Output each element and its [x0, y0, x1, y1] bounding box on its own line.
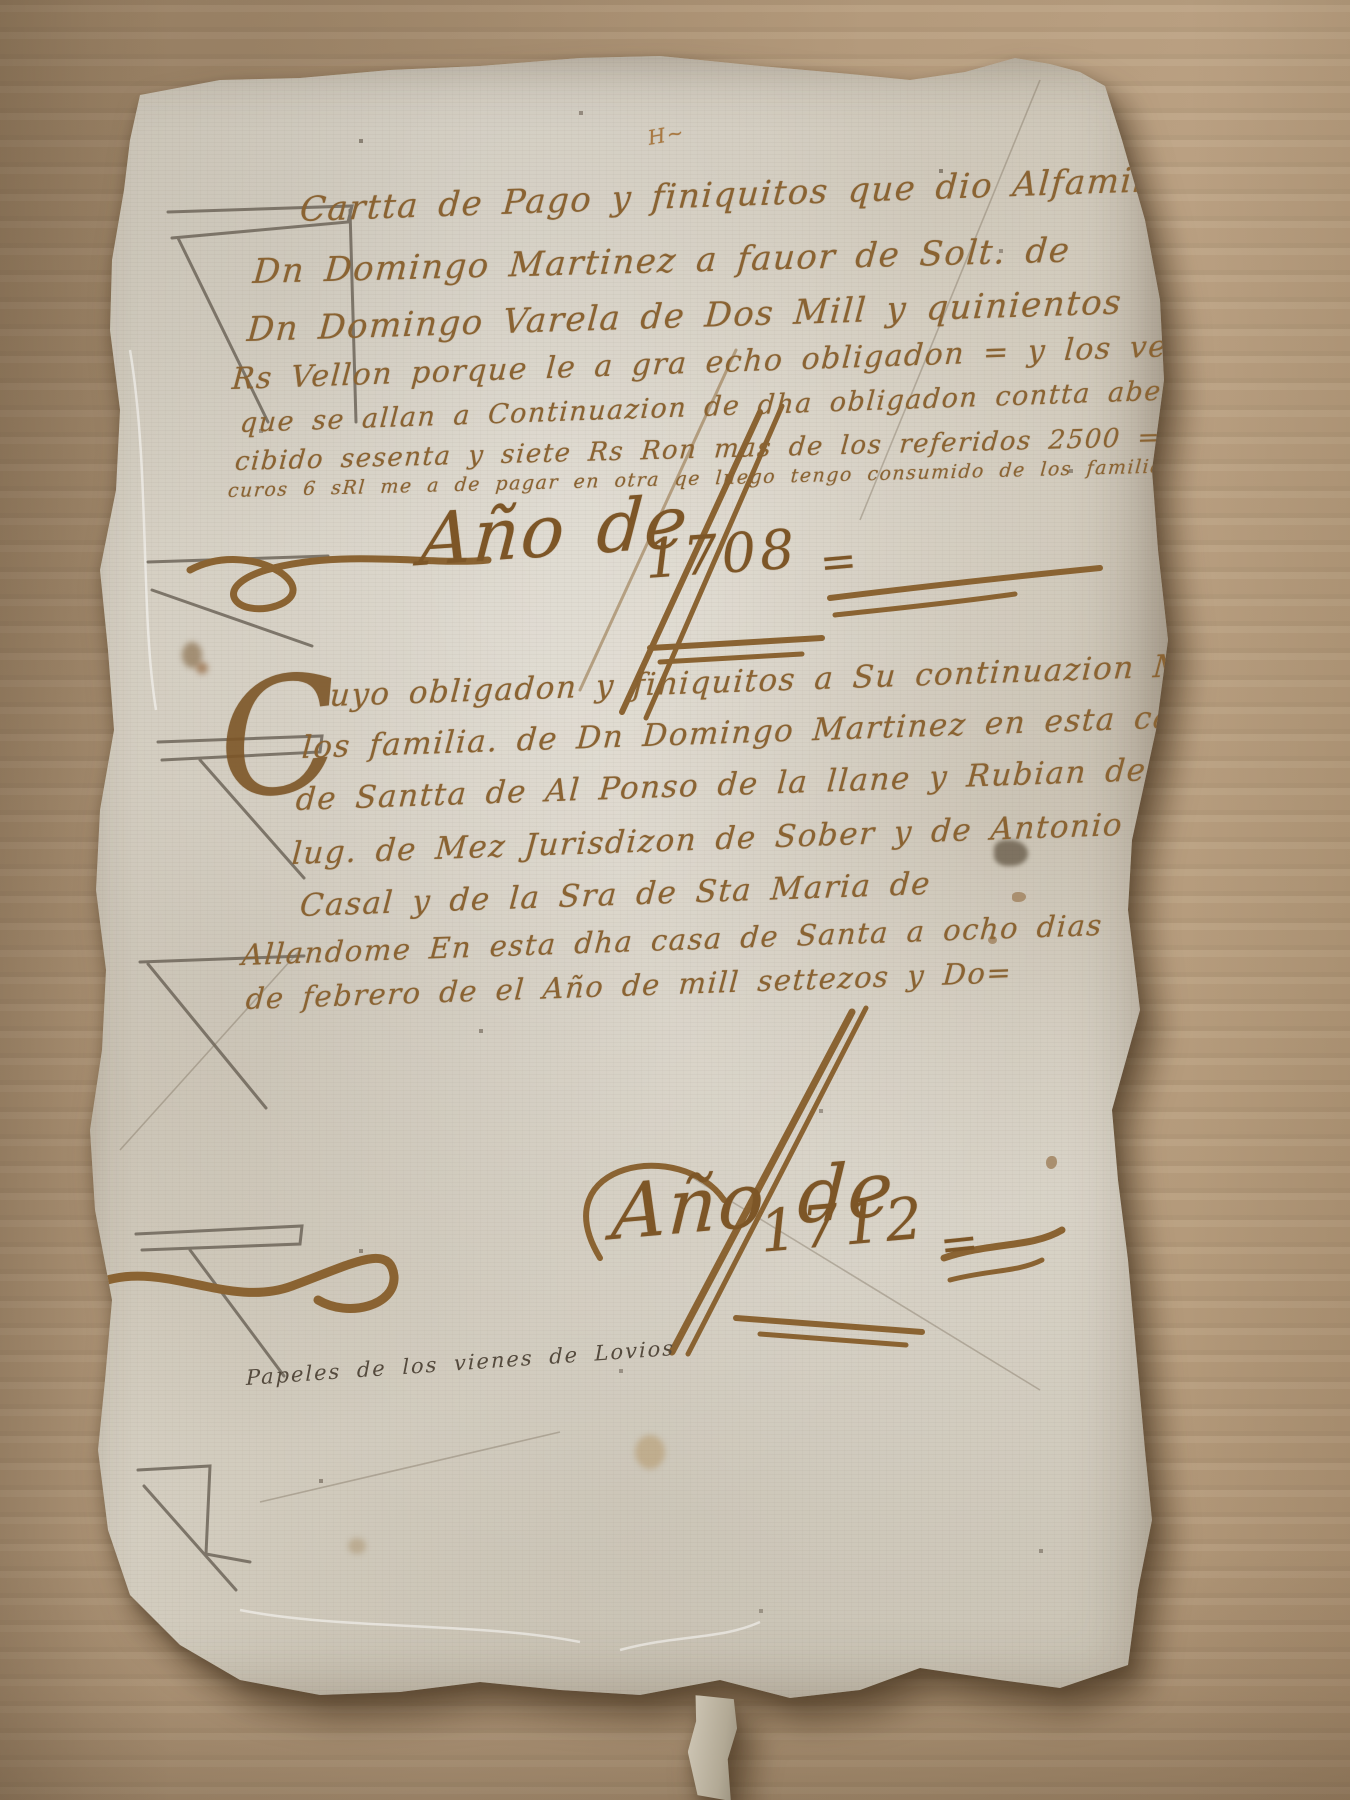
paper-tab-fragment — [685, 1695, 738, 1800]
year-1708-suffix: = — [818, 535, 861, 589]
year-1712-value: 1712 — [757, 1184, 930, 1266]
photo-of-manuscript-on-cardboard: H~ Cartta de Pago y finiquitos que dio A… — [0, 0, 1350, 1800]
paper-shadow-wrapper: H~ Cartta de Pago y finiquitos que dio A… — [0, 0, 1350, 1800]
year-1708-value: 1708 — [643, 517, 800, 591]
manuscript-page: H~ Cartta de Pago y finiquitos que dio A… — [60, 50, 1170, 1730]
foxing-specks — [60, 50, 62, 52]
year-1712-suffix: = — [937, 1214, 982, 1272]
